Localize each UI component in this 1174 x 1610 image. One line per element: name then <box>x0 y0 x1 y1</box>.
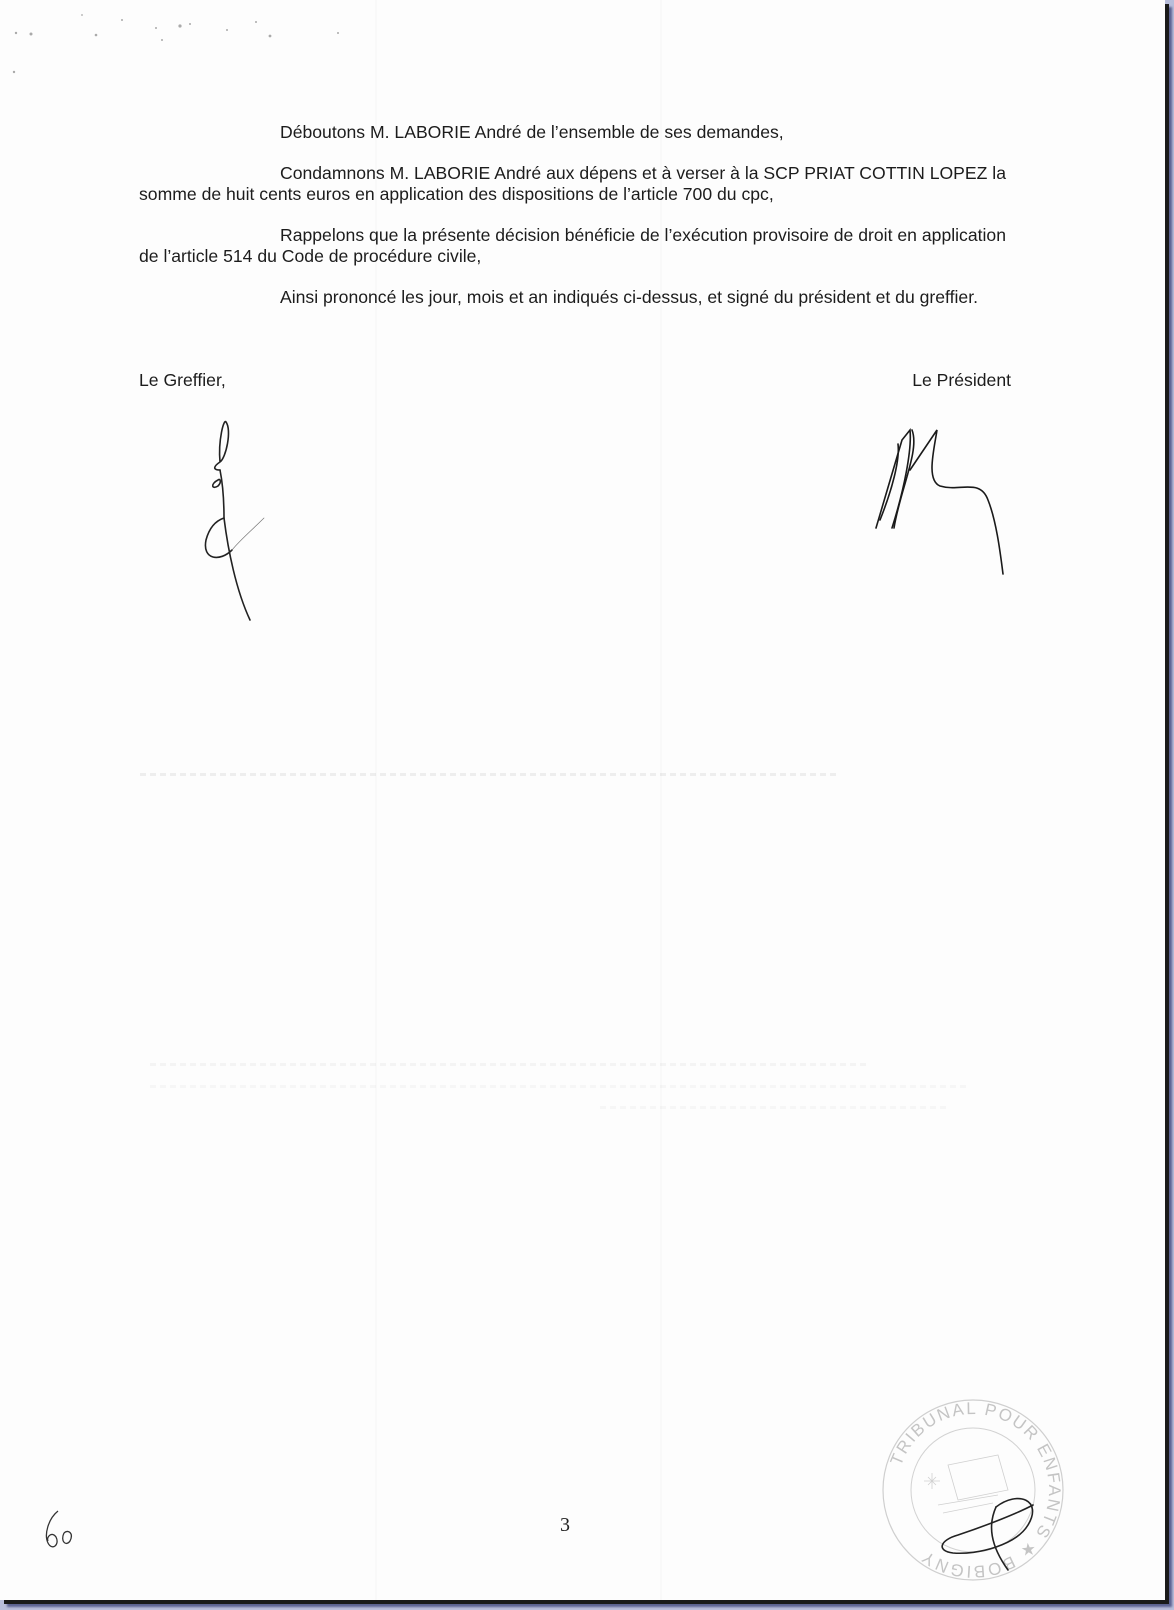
document-page: Déboutons M. LABORIE André de l’ensemble… <box>0 0 1165 1600</box>
handwritten-page-note <box>40 1505 80 1555</box>
scan-speckles <box>0 0 360 90</box>
stamp-text: TRIBUNAL POUR ENFANTS ★ BOBIGNY <box>887 1399 1064 1581</box>
bleed-through-line <box>150 1085 970 1088</box>
court-stamp: TRIBUNAL POUR ENFANTS ★ BOBIGNY <box>878 1395 1068 1585</box>
bleed-through-line <box>600 1106 950 1109</box>
judgment-body: Déboutons M. LABORIE André de l’ensemble… <box>139 122 1006 326</box>
clerk-signature <box>180 400 280 630</box>
page-number: 3 <box>560 1514 570 1537</box>
paragraph-condemnation: Condamnons M. LABORIE André aux dépens e… <box>139 163 1006 205</box>
clerk-label: Le Greffier, <box>139 370 226 391</box>
paragraph-provisional-execution: Rappelons que la présente décision bénéf… <box>139 225 1006 267</box>
paragraph-dismissal: Déboutons M. LABORIE André de l’ensemble… <box>139 122 1006 143</box>
paragraph-pronouncement: Ainsi prononcé les jour, mois et an indi… <box>139 287 1006 308</box>
bleed-through-line <box>150 1063 870 1066</box>
signatories-row: Le Greffier, Le Président <box>139 370 1001 391</box>
bleed-through-line <box>140 773 840 776</box>
president-signature <box>840 410 1010 580</box>
svg-text:TRIBUNAL POUR ENFANTS ★ BOBIGN: TRIBUNAL POUR ENFANTS ★ BOBIGNY <box>887 1399 1064 1581</box>
president-label: Le Président <box>912 370 1011 391</box>
